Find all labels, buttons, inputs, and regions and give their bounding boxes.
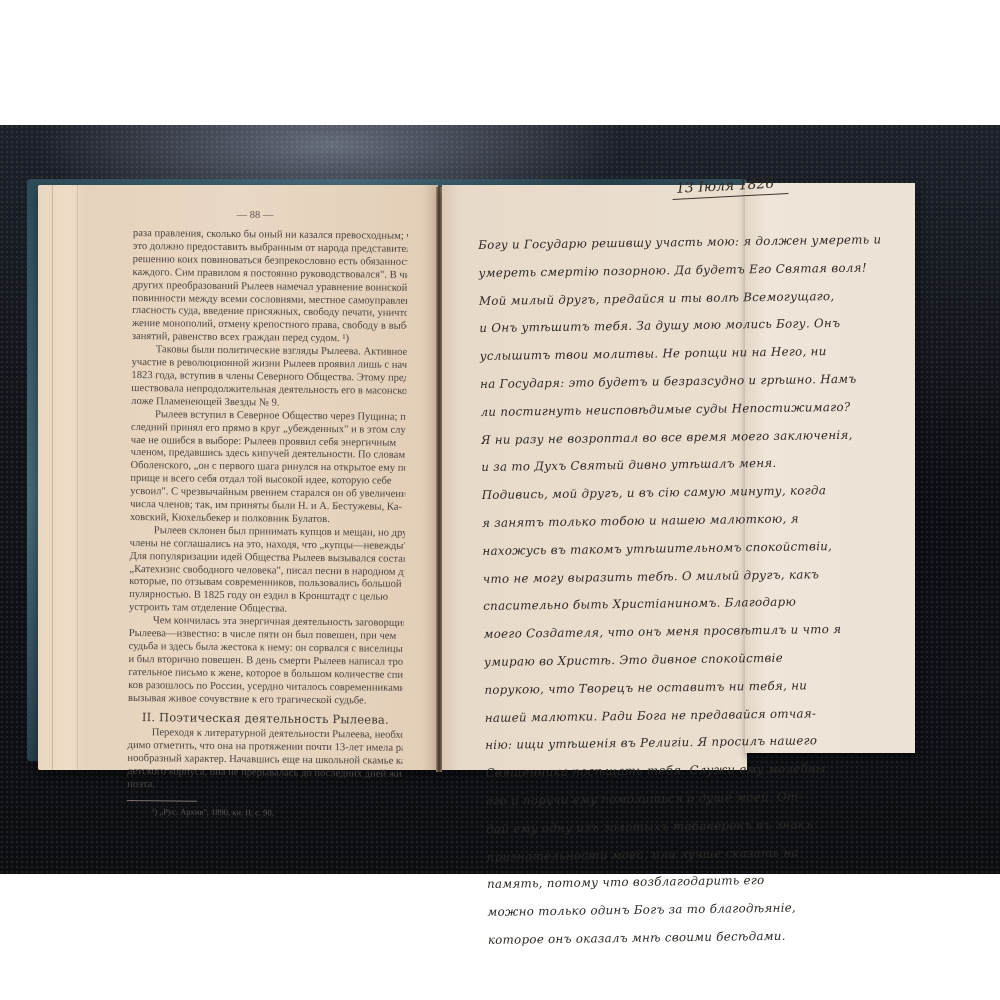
text-line: вызывая живое сочувствие к его трагическ… bbox=[128, 693, 403, 709]
paragraph-4: Рылеев склонен был принимать купцов и ме… bbox=[129, 525, 405, 618]
paragraph-2: Таковы были политические взгляды Рылеева… bbox=[131, 344, 407, 411]
paragraph-3: Рылеев вступил в Северное Общество через… bbox=[130, 409, 406, 528]
page-number: — 88 — bbox=[220, 210, 290, 221]
left-page-text: раза правления, сколько бы оный ни казал… bbox=[127, 228, 408, 821]
hand-line: которое онъ оказалъ мнѣ своими бесѣдами. bbox=[488, 921, 908, 955]
footnote-rule bbox=[127, 800, 197, 802]
hand-line: умереть смертію позорною. Да будетъ Его … bbox=[478, 254, 898, 288]
paragraph-5: Чем кончилась эта энергичная деятельност… bbox=[128, 615, 404, 708]
section-heading: II. Поэтическая деятельность Рылеева. bbox=[128, 711, 403, 727]
handwritten-letter: Богу и Государю решившу участь мою: я до… bbox=[478, 226, 908, 955]
page-edge-lines bbox=[52, 185, 78, 770]
hand-line: моего Создателя, что онъ меня просвѣтилъ… bbox=[483, 615, 903, 649]
paragraph-section: Переходя к литературной деятельности Рыл… bbox=[127, 727, 403, 794]
paragraph-1: раза правления, сколько бы оный ни казал… bbox=[132, 228, 408, 347]
